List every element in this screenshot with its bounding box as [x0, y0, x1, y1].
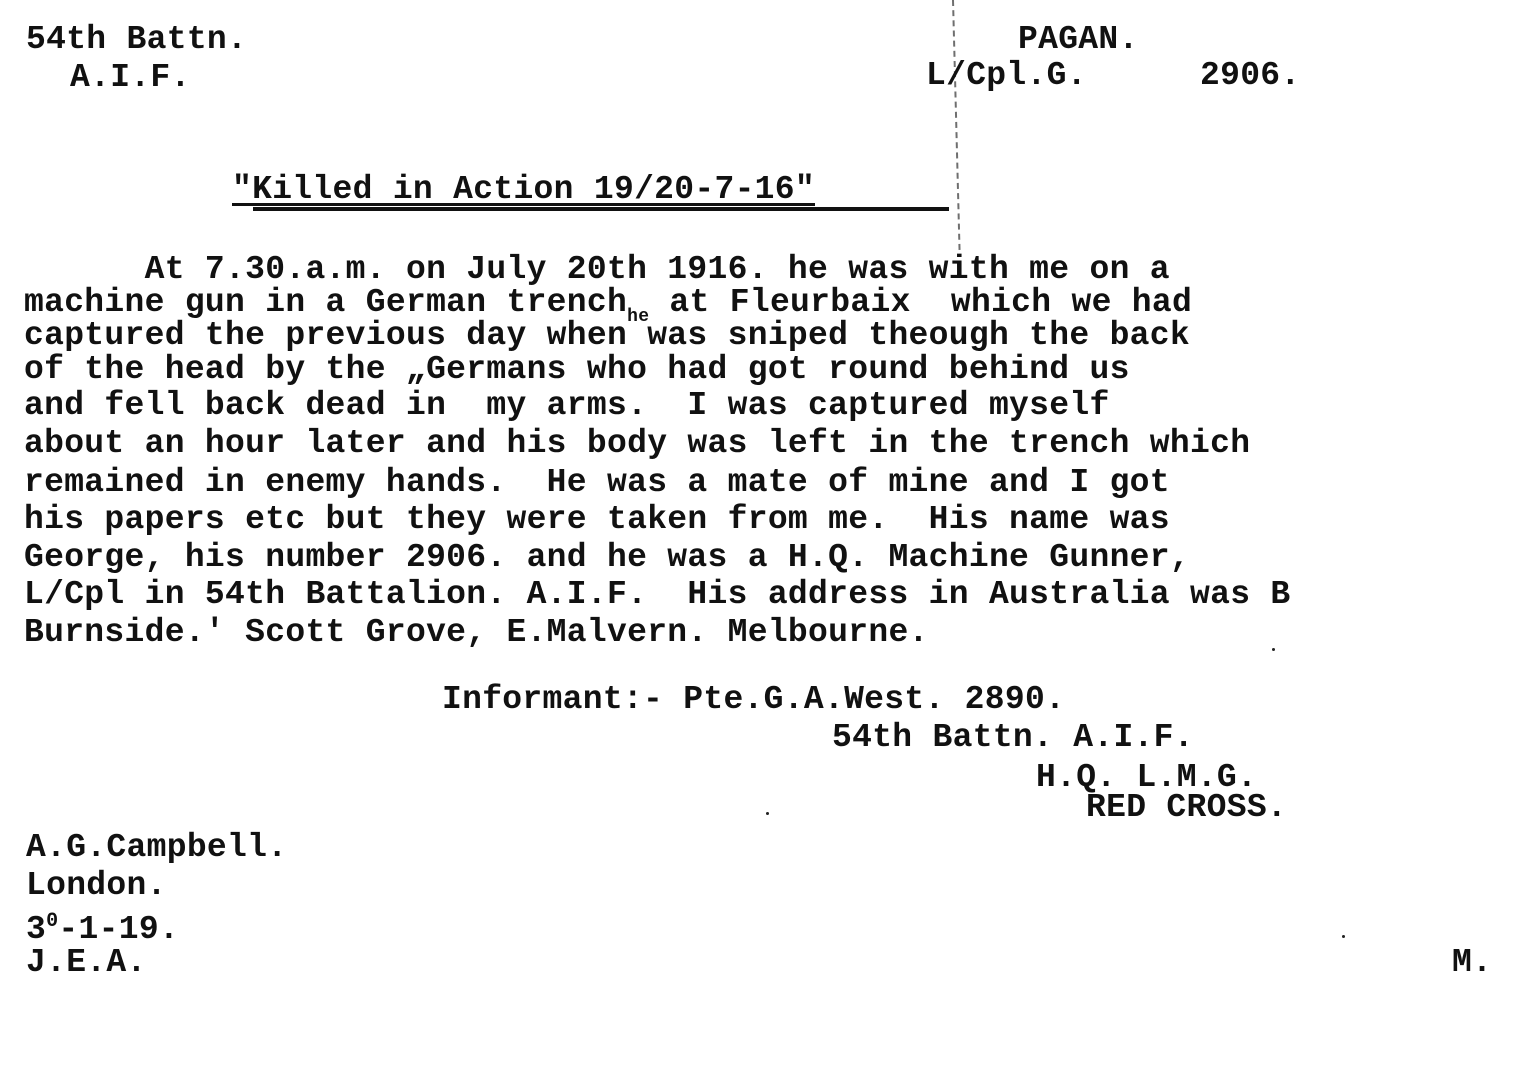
date-rest: -1-19.: [58, 911, 179, 948]
ink-speck: [1272, 648, 1275, 651]
surname: PAGAN.: [1018, 22, 1139, 58]
mark: M.: [1452, 945, 1492, 981]
date-day-sup: 0: [46, 910, 58, 933]
initials: J.E.A.: [26, 945, 147, 981]
body-line: Burnside.' Scott Grove, E.Malvern. Melbo…: [24, 615, 929, 651]
unit-line-1: 54th Battn.: [26, 22, 247, 58]
place: London.: [26, 868, 167, 904]
body-line: of the head by the „Germans who had got …: [24, 352, 1130, 388]
body-line: At 7.30.a.m. on July 20th 1916. he was w…: [24, 252, 1170, 288]
red-cross-label: RED CROSS.: [1086, 790, 1287, 826]
title-underline: [253, 207, 949, 211]
enquirer-name: A.G.Campbell.: [26, 830, 287, 866]
service-number: 2906.: [1200, 58, 1301, 94]
body-line: about an hour later and his body was lef…: [24, 426, 1250, 462]
informant-unit: 54th Battn. A.I.F.: [832, 720, 1194, 756]
body-line-text: machine gun in a German trench: [24, 284, 627, 321]
ink-speck: [766, 812, 769, 815]
body-line: his papers etc but they were taken from …: [24, 502, 1170, 538]
body-line: George, his number 2906. and he was a H.…: [24, 540, 1190, 576]
body-line: L/Cpl in 54th Battalion. A.I.F. His addr…: [24, 577, 1291, 613]
body-line: captured the previous day when was snipe…: [24, 318, 1190, 354]
date: 30-1-19.: [26, 904, 179, 948]
unit-line-2: A.I.F.: [70, 60, 191, 96]
informant-line: Informant:- Pte.G.A.West. 2890.: [442, 682, 1065, 718]
body-line: remained in enemy hands. He was a mate o…: [24, 465, 1170, 501]
ink-speck: [1342, 935, 1345, 938]
document-page: 54th Battn. A.I.F. PAGAN. L/Cpl.G. 2906.…: [0, 0, 1522, 1080]
rank-name: L/Cpl.G.: [926, 58, 1087, 94]
body-line: and fell back dead in my arms. I was cap…: [24, 388, 1110, 424]
date-day: 3: [26, 911, 46, 948]
fold-line: [952, 0, 961, 250]
body-line-text: at Fleurbaix which we had: [649, 284, 1192, 321]
status-title: "Killed in Action 19/20-7-16": [232, 172, 815, 208]
